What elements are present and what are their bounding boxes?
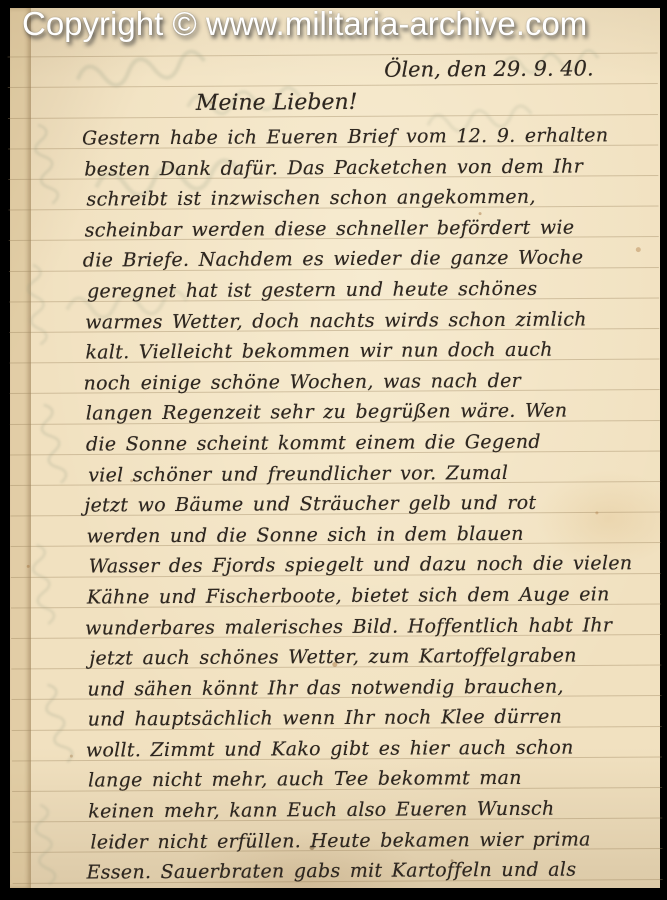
letter-line: kalt. Vielleicht bekommen wir nun doch a… xyxy=(85,334,641,368)
letter-body: Gestern habe ich Eueren Brief vom 12. 9.… xyxy=(84,120,645,888)
letter-line: langen Regenzeit sehr zu begrüßen wäre. … xyxy=(86,395,642,429)
letter-page: Ölen, den 29. 9. 40. Meine Lieben! Geste… xyxy=(10,8,660,888)
letter-line: jetzt auch schönes Wetter, zum Kartoffel… xyxy=(89,640,643,674)
letter-line: geregnet hat ist gestern und heute schön… xyxy=(87,273,641,307)
letter-line: lange nicht mehr, auch Tee bekommt man xyxy=(88,763,644,797)
letter-line: Gestern habe ich Eueren Brief vom 12. 9.… xyxy=(82,120,640,154)
letter-line: die Sonne scheint kommt einem die Gegend xyxy=(86,426,642,460)
page-content-wrapper: Ölen, den 29. 9. 40. Meine Lieben! Geste… xyxy=(7,6,662,890)
letter-scan: Ölen, den 29. 9. 40. Meine Lieben! Geste… xyxy=(0,0,667,900)
letter-line: und hauptsächlich wenn Ihr noch Klee dür… xyxy=(88,701,644,735)
letter-line: leider nicht erfüllen. Heute bekamen wie… xyxy=(90,824,644,858)
letter-line: keinen mehr, kann Euch also Eueren Wunsc… xyxy=(88,793,644,827)
copyright-watermark: Copyright © www.militaria-archive.com xyxy=(22,5,587,43)
letter-line: jetzt wo Bäume und Sträucher gelb und ro… xyxy=(84,487,642,521)
letter-line: noch einige schöne Wochen, was nach der xyxy=(84,365,642,399)
letter-line: scheinbar werden diese schneller beförde… xyxy=(85,212,641,246)
letter-line: besten Dank dafür. Das Packetchen von de… xyxy=(84,151,640,185)
letter-line: die Briefe. Nachdem es wieder die ganze … xyxy=(83,243,641,277)
letter-salutation: Meine Lieben! xyxy=(196,88,640,123)
letter-line: warmes Wetter, doch nachts wirds schon z… xyxy=(85,304,641,338)
letter-line: werden und die Sonne sich in dem blauen xyxy=(86,518,642,552)
letter-line: wunderbares malerisches Bild. Hoffentlic… xyxy=(85,610,643,644)
letter-line: schreibt ist inzwischen schon angekommen… xyxy=(86,181,640,215)
letter-line: wollt. Zimmt und Kako gibt es hier auch … xyxy=(86,732,644,766)
letter-line: Wasser des Fjords spiegelt und dazu noch… xyxy=(89,548,643,582)
letter-line: Kähne und Fischerboote, bietet sich dem … xyxy=(87,579,643,613)
letter-line: und sähen könnt Ihr das notwendig brauch… xyxy=(87,671,643,705)
handwritten-text: Ölen, den 29. 9. 40. Meine Lieben! Geste… xyxy=(7,6,662,890)
letter-line: Essen. Sauerbraten gabs mit Kartoffeln u… xyxy=(86,854,644,888)
letter-dateline: Ölen, den 29. 9. 40. xyxy=(84,56,640,91)
letter-line: viel schöner und freundlicher vor. Zumal xyxy=(88,457,642,491)
